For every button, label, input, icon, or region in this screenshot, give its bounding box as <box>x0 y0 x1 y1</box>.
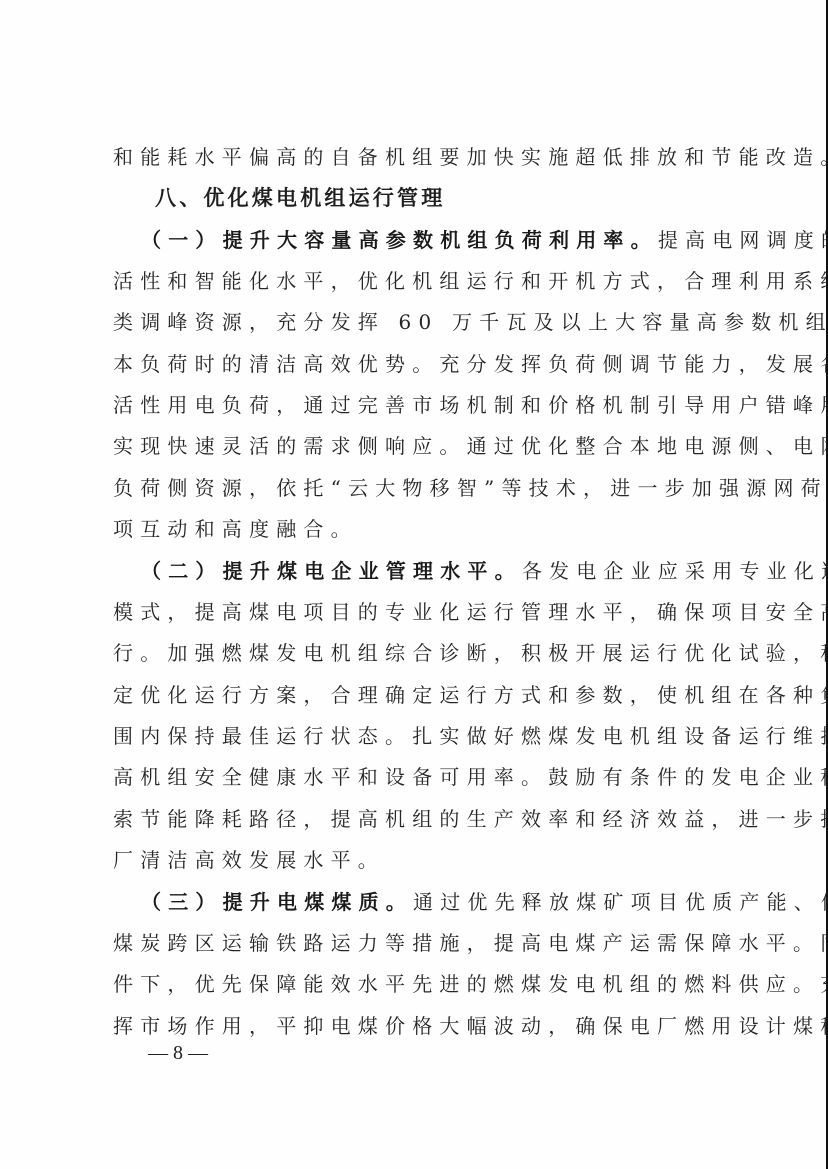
section-heading: 八、优化煤电机组运行管理 <box>155 178 445 219</box>
paragraph-line: 和能耗水平偏高的自备机组要加快实施超低排放和节能改造。 <box>113 137 828 178</box>
subsection-2-first-line: （二）提升煤电企业管理水平。各发电企业应采用专业化运营 <box>141 551 828 592</box>
subsection-2-lead: （二）提升煤电企业管理水平。 <box>141 559 522 583</box>
subsection-3-lead: （三）提升电煤煤质。 <box>141 890 413 914</box>
paragraph-text: 各发电企业应采用专业化运营 <box>522 559 828 583</box>
paragraph-line: 负荷侧资源，依托“云大物移智”等技术，进一步加强源网荷储多 <box>113 468 828 509</box>
paragraph-line: 厂清洁高效发展水平。 <box>113 840 385 881</box>
paragraph-line: 活性用电负荷，通过完善市场机制和价格机制引导用户错峰用电， <box>113 385 828 426</box>
paragraph-line: 行。加强燃煤发电机组综合诊断，积极开展运行优化试验，科学制 <box>113 633 828 674</box>
paragraph-line: 围内保持最佳运行状态。扎实做好燃煤发电机组设备运行维护，提 <box>113 716 828 757</box>
subsection-3-first-line: （三）提升电煤煤质。通过优先释放煤矿项目优质产能、保障 <box>141 882 828 923</box>
page-number: — 8 — <box>148 1038 208 1068</box>
paragraph-line: 挥市场作用，平抑电煤价格大幅波动，确保电厂燃用设计煤种，最 <box>113 1006 828 1047</box>
paragraph-line: 类调峰资源，充分发挥 60 万千瓦及以上大容量高参数机组承担基 <box>113 302 828 343</box>
paragraph-text: 提高电网调度的灵 <box>658 228 828 252</box>
paragraph-line: 项互动和高度融合。 <box>113 509 358 550</box>
paragraph-text: 通过优先释放煤矿项目优质产能、保障 <box>413 890 828 914</box>
paragraph-line: 定优化运行方案，合理确定运行方式和参数，使机组在各种负荷范 <box>113 675 828 716</box>
paragraph-line: 高机组安全健康水平和设备可用率。鼓励有条件的发电企业积极探 <box>113 757 828 798</box>
paragraph-line: 模式，提高煤电项目的专业化运行管理水平，确保项目安全高效运 <box>113 592 828 633</box>
document-page: 和能耗水平偏高的自备机组要加快实施超低排放和节能改造。 八、优化煤电机组运行管理… <box>0 0 826 1169</box>
subsection-1-lead: （一）提升大容量高参数机组负荷利用率。 <box>141 228 658 252</box>
paragraph-line: 煤炭跨区运输铁路运力等措施，提高电煤产运需保障水平。同等条 <box>113 923 828 964</box>
paragraph-line: 本负荷时的清洁高效优势。充分发挥负荷侧调节能力，发展各类灵 <box>113 344 828 385</box>
paragraph-line: 实现快速灵活的需求侧响应。通过优化整合本地电源侧、电网侧、 <box>113 426 828 467</box>
paragraph-line: 件下，优先保障能效水平先进的燃煤发电机组的燃料供应。充分发 <box>113 964 828 1005</box>
subsection-1-first-line: （一）提升大容量高参数机组负荷利用率。提高电网调度的灵 <box>141 220 828 261</box>
paragraph-line: 活性和智能化水平，优化机组运行和开机方式，合理利用系统内各 <box>113 261 828 302</box>
paragraph-line: 索节能降耗路径，提高机组的生产效率和经济效益，进一步提升电 <box>113 799 828 840</box>
